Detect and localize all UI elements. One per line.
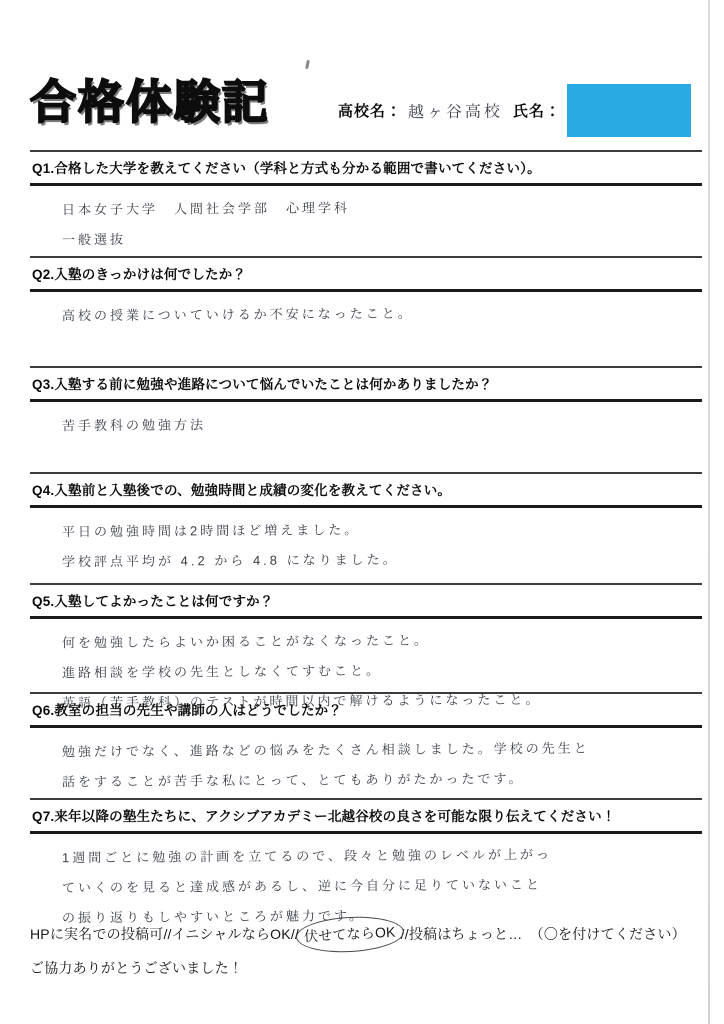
answer-line: 進路相談を学校の先生としなくてすむこと。 xyxy=(62,654,702,688)
answer-line: 苦手教科の勉強方法 xyxy=(62,407,702,441)
school-name-label: 高校名： xyxy=(338,100,402,121)
answer-area: 平日の勉強時間は2時間ほど増えました。 学校評点平均が 4.2 から 4.8 に… xyxy=(30,508,702,575)
answer-line: ていくのを見ると達成感があるし、逆に今自分に足りていないこと xyxy=(62,869,702,903)
answer-line: 平日の勉強時間は2時間ほど増えました。 xyxy=(62,513,702,547)
consent-circled-label: 伏せてならOK xyxy=(304,924,396,945)
name-redaction-box xyxy=(567,84,691,137)
question-title: Q3.入塾する前に勉強や進路について悩んでいたことは何かありましたか？ xyxy=(30,366,702,402)
question-title: Q6.教室の担当の先生や講師の人はどうでしたか？ xyxy=(30,692,702,728)
answer-area: 日本女子大学 人間社会学部 心理学科 一般選抜 xyxy=(30,186,702,253)
answer-line: 日本女子大学 人間社会学部 心理学科 xyxy=(62,191,702,225)
answer-line: 1週間ごとに勉強の計画を立てるので、段々と勉強のレベルが上がっ xyxy=(62,839,702,873)
question-section-q3: Q3.入塾する前に勉強や進路について悩んでいたことは何かありましたか？ 苦手教科… xyxy=(30,366,702,439)
question-section-q1: Q1.合格した大学を教えてください（学科と方式も分かる範囲で書いてください）。 … xyxy=(30,150,702,253)
answer-area: 勉強だけでなく、進路などの悩みをたくさん相談しました。学校の先生と 話をすること… xyxy=(30,728,702,795)
answer-line: 高校の授業についていけるか不安になったこと。 xyxy=(62,297,702,331)
pen-mark xyxy=(305,60,310,69)
answer-line: 勉強だけでなく、進路などの悩みをたくさん相談しました。学校の先生と xyxy=(62,733,702,767)
answer-area: 高校の授業についていけるか不安になったこと。 xyxy=(30,292,702,329)
header-fields: 高校名： 越ヶ谷高校 氏名： xyxy=(338,83,691,137)
answer-line: 学校評点平均が 4.2 から 4.8 になりました。 xyxy=(62,543,702,577)
answer-line: 話をすることが苦手な私にとって、とてもありがたかったです。 xyxy=(62,763,702,797)
consent-line: HPに実名での投稿可//イニシャルならOK//伏せてならOK//投稿はちょっと…… xyxy=(30,924,690,945)
question-title: Q1.合格した大学を教えてください（学科と方式も分かる範囲で書いてください）。 xyxy=(30,150,702,186)
question-section-q2: Q2.入塾のきっかけは何でしたか？ 高校の授業についていけるか不安になったこと。 xyxy=(30,256,702,329)
page-title: 合格体験記 xyxy=(30,66,270,132)
question-title: Q4.入塾前と入塾後での、勉強時間と成績の変化を教えてください。 xyxy=(30,472,702,508)
school-name-value: 越ヶ谷高校 xyxy=(408,98,503,122)
thanks-text: ご協力ありがとうございました！ xyxy=(30,958,243,978)
question-title: Q2.入塾のきっかけは何でしたか？ xyxy=(30,256,702,292)
scan-edge-line xyxy=(708,0,710,1024)
answer-line: 一般選抜 xyxy=(62,221,702,255)
question-section-q6: Q6.教室の担当の先生や講師の人はどうでしたか？ 勉強だけでなく、進路などの悩み… xyxy=(30,692,702,795)
answer-line: 何を勉強したらよいか困ることがなくなったこと。 xyxy=(62,624,702,658)
question-title: Q7.来年以降の塾生たちに、アクシブアカデミー北越谷校の良さを可能な限り伝えてく… xyxy=(30,798,702,834)
consent-options-before: HPに実名での投稿可//イニシャルならOK// xyxy=(30,926,299,942)
answer-area: 苦手教科の勉強方法 xyxy=(30,402,702,439)
question-section-q7: Q7.来年以降の塾生たちに、アクシブアカデミー北越谷校の良さを可能な限り伝えてく… xyxy=(30,798,702,931)
question-title: Q5.入塾してよかったことは何ですか？ xyxy=(30,583,702,619)
name-label: 氏名： xyxy=(513,100,561,121)
scanned-document-page: 合格体験記 高校名： 越ヶ谷高校 氏名： Q1.合格した大学を教えてください（学… xyxy=(0,0,724,1024)
consent-options-after: //投稿はちょっと… （〇を付けてください） xyxy=(401,926,686,942)
question-section-q4: Q4.入塾前と入塾後での、勉強時間と成績の変化を教えてください。 平日の勉強時間… xyxy=(30,472,702,575)
